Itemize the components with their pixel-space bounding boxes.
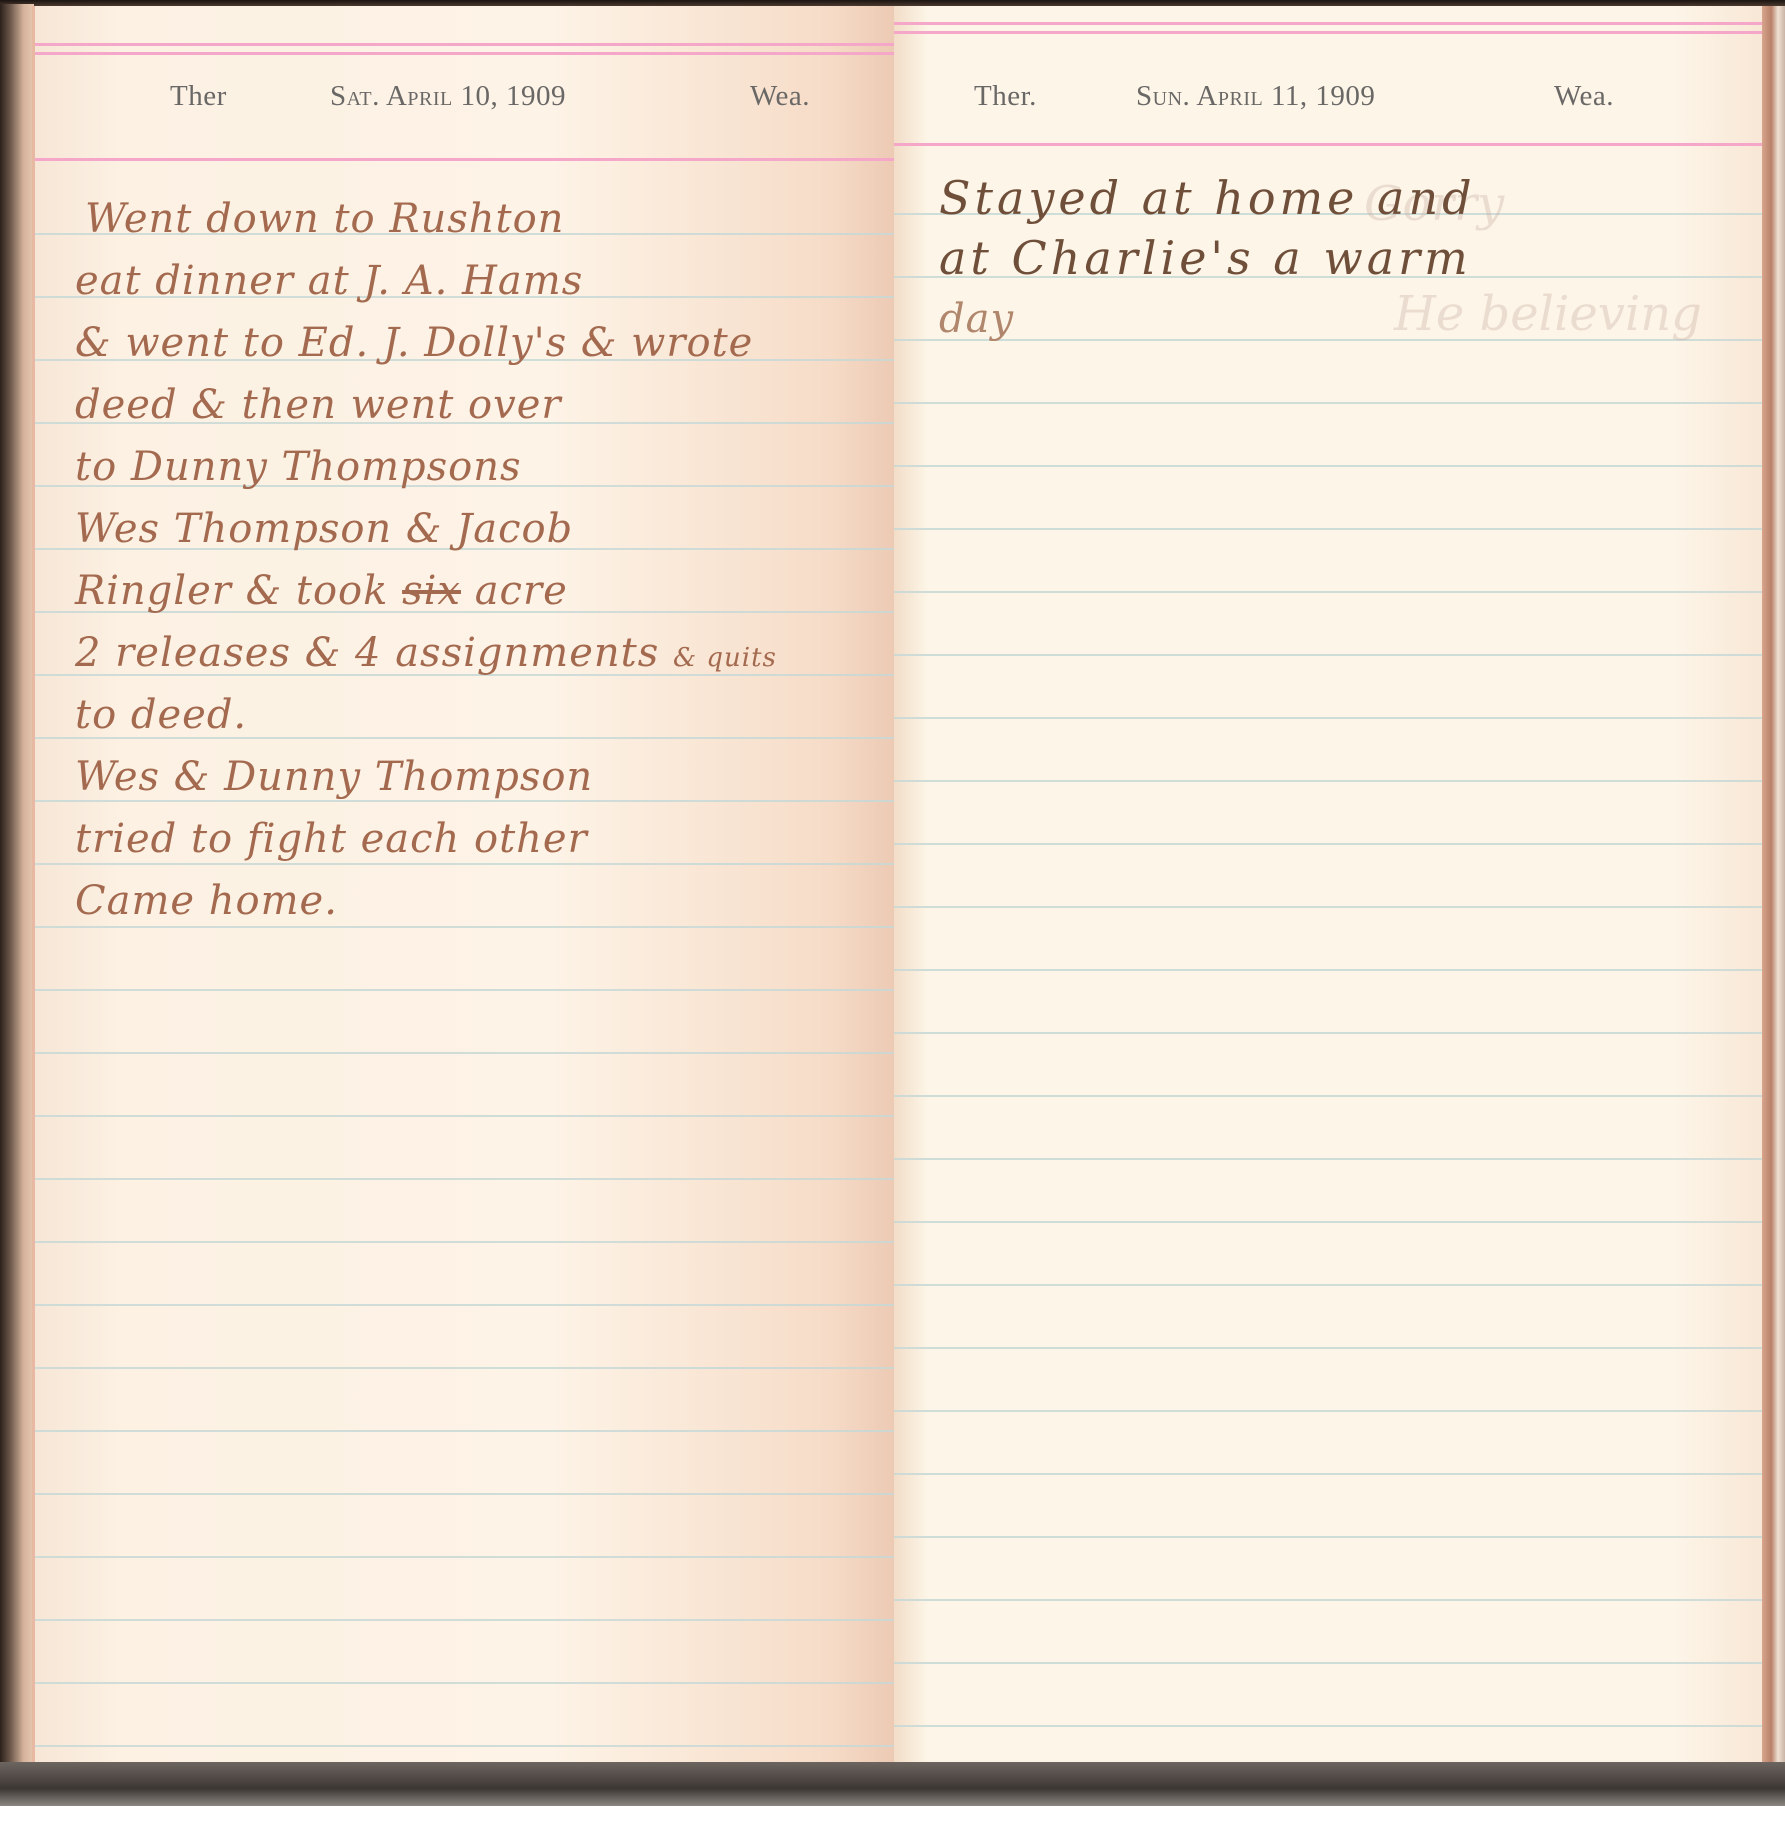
header-rule-top-1: [35, 43, 897, 46]
entry-line: Wes Thompson & Jacob: [75, 506, 573, 552]
ruled-line: [35, 1304, 897, 1306]
ruled-line: [35, 1052, 897, 1054]
ruled-line: [894, 1284, 1762, 1286]
page-block-edge: [1762, 6, 1785, 1766]
ruled-line: [894, 1158, 1762, 1160]
ruled-line: [894, 402, 1762, 404]
ruled-line: [894, 1221, 1762, 1223]
ruled-line: [894, 1410, 1762, 1412]
ruled-line: [894, 843, 1762, 845]
ruled-line: [894, 1599, 1762, 1601]
ruled-line: [35, 926, 897, 928]
ther-label: Ther: [170, 80, 227, 113]
struck-word: six: [402, 568, 461, 614]
entry-line: & went to Ed. J. Dolly's & wrote: [75, 320, 753, 366]
ruled-line: [894, 1095, 1762, 1097]
ruled-line: [894, 654, 1762, 656]
ruled-line: [35, 800, 897, 802]
page-date: Sat. April 10, 1909: [330, 80, 566, 113]
entry-line: to deed.: [75, 692, 247, 738]
entry-text: Ringler & took: [75, 568, 402, 614]
ruled-line: [35, 1241, 897, 1243]
ruled-line: [35, 1619, 897, 1621]
ruled-line: [894, 1473, 1762, 1475]
ruled-line: [35, 1115, 897, 1117]
ruled-line: [35, 1682, 897, 1684]
ruled-line: [35, 1556, 897, 1558]
right-page: Ther. Sun. April 11, 1909 Wea. Gorry He …: [894, 6, 1762, 1766]
ther-label: Ther.: [974, 80, 1037, 113]
ruled-line: [894, 1347, 1762, 1349]
left-page: Ther Sat. April 10, 1909 Wea. Went down …: [32, 6, 897, 1766]
bleed-through-text: He believing: [1394, 286, 1702, 342]
entry-line: Ringler & took six acre: [75, 568, 568, 614]
header-rule-top-2: [894, 31, 1762, 34]
entry-line: Stayed at home and: [939, 171, 1476, 225]
entry-line: Went down to Rushton: [85, 196, 564, 242]
header-rule-bottom: [894, 143, 1762, 146]
left-page-header: Ther Sat. April 10, 1909 Wea.: [35, 80, 897, 120]
ruled-line: [894, 1662, 1762, 1664]
ruled-line: [894, 1725, 1762, 1727]
ruled-line: [35, 1430, 897, 1432]
header-rule-bottom: [35, 158, 897, 161]
entry-line: 2 releases & 4 assignments & quits: [75, 630, 777, 676]
entry-line: tried to fight each other: [75, 816, 588, 862]
ruled-line: [35, 1367, 897, 1369]
ruled-line: [894, 591, 1762, 593]
wea-label: Wea.: [1554, 80, 1614, 113]
entry-text: acre: [461, 568, 568, 614]
ruled-line: [35, 863, 897, 865]
header-rule-top-1: [894, 22, 1762, 25]
ruled-line: [35, 1745, 897, 1747]
ruled-line: [894, 465, 1762, 467]
entry-line: deed & then went over: [75, 382, 562, 428]
entry-line: Wes & Dunny Thompson: [75, 754, 593, 800]
ruled-line: [894, 528, 1762, 530]
ruled-line: [894, 906, 1762, 908]
entry-line: day: [939, 296, 1014, 342]
ruled-line: [894, 717, 1762, 719]
interlinear-note: & quits: [673, 643, 777, 673]
entry-line: to Dunny Thompsons: [75, 444, 522, 490]
ruled-line: [894, 780, 1762, 782]
ruled-line: [35, 1178, 897, 1180]
ruled-line: [894, 1536, 1762, 1538]
header-rule-top-2: [35, 52, 897, 55]
diary-spread: Ther Sat. April 10, 1909 Wea. Went down …: [0, 0, 1785, 1800]
entry-text: 2 releases & 4 assignments: [75, 630, 659, 676]
ruled-line: [35, 1493, 897, 1495]
page-date: Sun. April 11, 1909: [1136, 80, 1375, 113]
entry-line: eat dinner at J. A. Hams: [75, 258, 583, 304]
ruled-line: [35, 989, 897, 991]
ruled-line: [894, 1032, 1762, 1034]
book-left-binding: [0, 4, 34, 1769]
book-bottom-shadow: [0, 1762, 1785, 1806]
right-page-header: Ther. Sun. April 11, 1909 Wea.: [894, 80, 1762, 120]
entry-line: Came home.: [75, 878, 338, 924]
entry-line: at Charlie's a warm: [939, 231, 1472, 285]
ruled-line: [894, 969, 1762, 971]
wea-label: Wea.: [750, 80, 810, 113]
